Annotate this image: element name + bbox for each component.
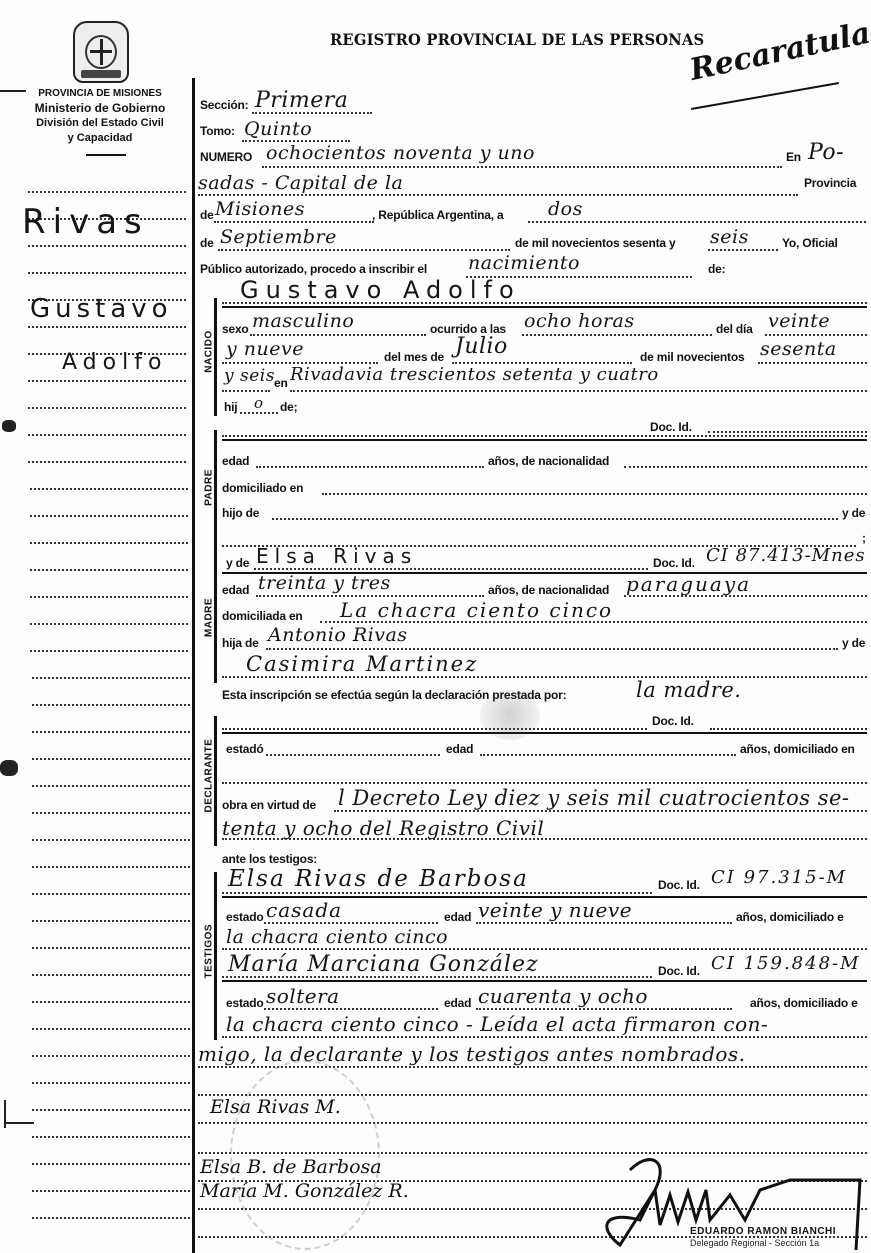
madre-edad-label: edad [222,583,249,597]
witness-domicilio-label: años, domiciliado e [736,910,844,924]
margin-surname: Rivas [22,202,149,242]
seccion-label: Sección: [200,98,248,112]
signature-2: Elsa B. de Barbosa [200,1156,382,1178]
annotation-underline [691,82,839,110]
padre-section-label: PADRE [204,463,215,513]
dia-label: del día [716,322,753,336]
mes-label: del mes de [384,350,444,364]
sexo-value: masculino [252,310,354,332]
margin-middle-name: Adolfo [62,350,167,375]
witness-doc-value: CI 159.848-M [711,953,861,974]
witness-estado-value: casada [266,898,342,922]
lugar-en-label: en [274,376,288,390]
witness-domicilio-value: la chacra ciento cinco [226,926,448,948]
witness-doc-value: CI 97.315-M [711,867,847,888]
witness-estado-value: soltera [266,984,340,1008]
witness-edad-value: veinte y nueve [478,898,632,922]
republica-label: , República Argentina, a [372,208,503,222]
madre-doc-label: Doc. Id. [653,556,695,570]
testigos-intro-label: ante los testigos: [222,852,317,866]
en-value: Po- [808,140,844,165]
scan-edge-mark [2,420,16,432]
nacido-section-label: NACIDO [204,327,215,377]
provincia-label: Provincia [804,176,856,190]
witness-domicilio-value: la chacra ciento cinco - Leída el acta f… [226,1012,768,1036]
province-name: PROVINCIA DE MISIONES [20,88,180,99]
hora-value: ocho horas [524,310,635,332]
padre-semicolon: ; [862,531,866,545]
madre-hija-de-label: hija de [222,636,259,650]
signature-3: María M. González R. [200,1180,409,1202]
madre-domicilio-value: La chacra ciento cinco [340,598,613,622]
madre-y-de-label: y de [226,556,249,570]
madre-y-de-label-2: y de [842,636,865,650]
de-colon-label: de: [708,262,725,276]
scan-edge-mark [4,1122,34,1124]
scan-edge-mark [0,760,18,776]
anio-value: sesenta [760,338,837,360]
madre-padre-value: Antonio Rivas [268,624,408,646]
ink-smudge [480,690,540,740]
province-seal-icon [73,21,129,83]
mes-value: Julio [455,334,508,359]
year-label: de mil novecientos sesenta y [515,236,675,250]
month-value: Septiembre [220,226,337,248]
madre-doc-value: CI 87.413-Mnes [706,545,866,566]
witness-domicilio-label: años, domiciliado e [750,996,858,1010]
madre-section-label: MADRE [204,593,215,643]
declarante-doc-label: Doc. Id. [652,714,694,728]
signature-1: Elsa Rivas M. [210,1096,341,1118]
witness-name: María Marciana González [228,952,539,977]
de-label: de [200,208,214,222]
madre-name: Elsa Rivas [256,544,417,568]
closing-text: migo, la declarante y los testigos antes… [198,1042,746,1066]
obra-value: l Decreto Ley diez y seis mil cuatrocien… [338,786,850,810]
seccion-value: Primera [255,88,348,113]
document-title: REGISTRO PROVINCIAL DE LAS PERSONAS [330,30,704,49]
witness-edad-label: edad [444,910,471,924]
sexo-label: sexo [222,322,249,336]
tomo-label: Tomo: [200,124,235,138]
padre-nacionalidad-label: años, de nacionalidad [488,454,609,468]
madre-edad-value: treinta y tres [258,572,391,594]
padre-domicilio-label: domiciliado en [222,481,303,495]
official-name: EDUARDO RAMON BIANCHI [690,1226,836,1237]
place-continuation: sadas - Capital de la [198,172,403,194]
dia-value-cont: y nueve [226,338,304,360]
witness-edad-label: edad [444,996,471,1010]
madre-nacionalidad-value: paraguaya [626,572,751,596]
hijo-de-label: de; [280,400,297,414]
year-value: seis [710,226,749,248]
obra-label: obra en virtud de [222,798,316,812]
registry-stamp [230,1060,380,1250]
obra-value-cont: tenta y ocho del Registro Civil [222,816,544,840]
anio-value-cont: y seis [224,366,275,386]
witness-doc-label: Doc. Id. [658,964,700,978]
province-value: Misiones [215,198,305,220]
hijo-label: hij [224,400,237,414]
madre-domicilio-label: domiciliada en [222,609,303,623]
annotation-recaratulada: Recaratulada [687,7,871,88]
official-title: Delegado Regional - Sección 1a [690,1238,819,1248]
testigos-section-label: TESTIGOS [204,929,215,979]
padre-y-de-label: y de [842,506,865,520]
lugar-value: Rivadavia trescientos setenta y cuatro [290,364,659,385]
declarante-estado-label: estadó [226,742,263,756]
column-divider [192,78,195,1253]
tomo-value: Quinto [244,118,312,140]
publico-label: Público autorizado, procedo a inscribir … [200,262,427,276]
day-value: dos [548,198,583,220]
de2-label: de [200,236,214,250]
numero-value: ochocientos noventa y uno [266,142,535,164]
padre-hijo-de-label: hijo de [222,506,259,520]
oficial-label: Yo, Oficial [782,236,838,250]
en-label: En [786,150,801,164]
hijo-suffix: o [254,394,264,412]
witness-estado-label: estado [226,996,263,1010]
dia-value: veinte [768,310,830,332]
ministry-name: Ministerio de Gobierno [14,101,186,115]
padre-doc-label: Doc. Id. [650,420,692,434]
division-line-2: y Capacidad [20,132,180,144]
division-line-1: División del Estado Civil [20,117,180,129]
witness-estado-label: estado [226,910,263,924]
witness-name: Elsa Rivas de Barbosa [228,866,529,892]
act-value: nacimiento [468,252,580,274]
nacido-full-name: Gustavo Adolfo [240,276,521,304]
margin-first-name: Gustavo [30,294,173,324]
numero-label: NUMERO [200,150,252,164]
declarante-section-label: DECLARANTE [204,747,215,813]
madre-nacionalidad-label: años, de nacionalidad [488,583,609,597]
padre-edad-label: edad [222,454,249,468]
declarante-domicilio-label: años, domiciliado en [740,742,855,756]
witness-doc-label: Doc. Id. [658,878,700,892]
header-divider [86,154,126,156]
declarante-edad-label: edad [446,742,473,756]
madre-madre-value: Casimira Martinez [246,652,478,676]
witness-edad-value: cuarenta y ocho [478,984,648,1008]
declaracion-value: la madre. [636,678,741,702]
anio-label: de mil novecientos [640,350,744,364]
